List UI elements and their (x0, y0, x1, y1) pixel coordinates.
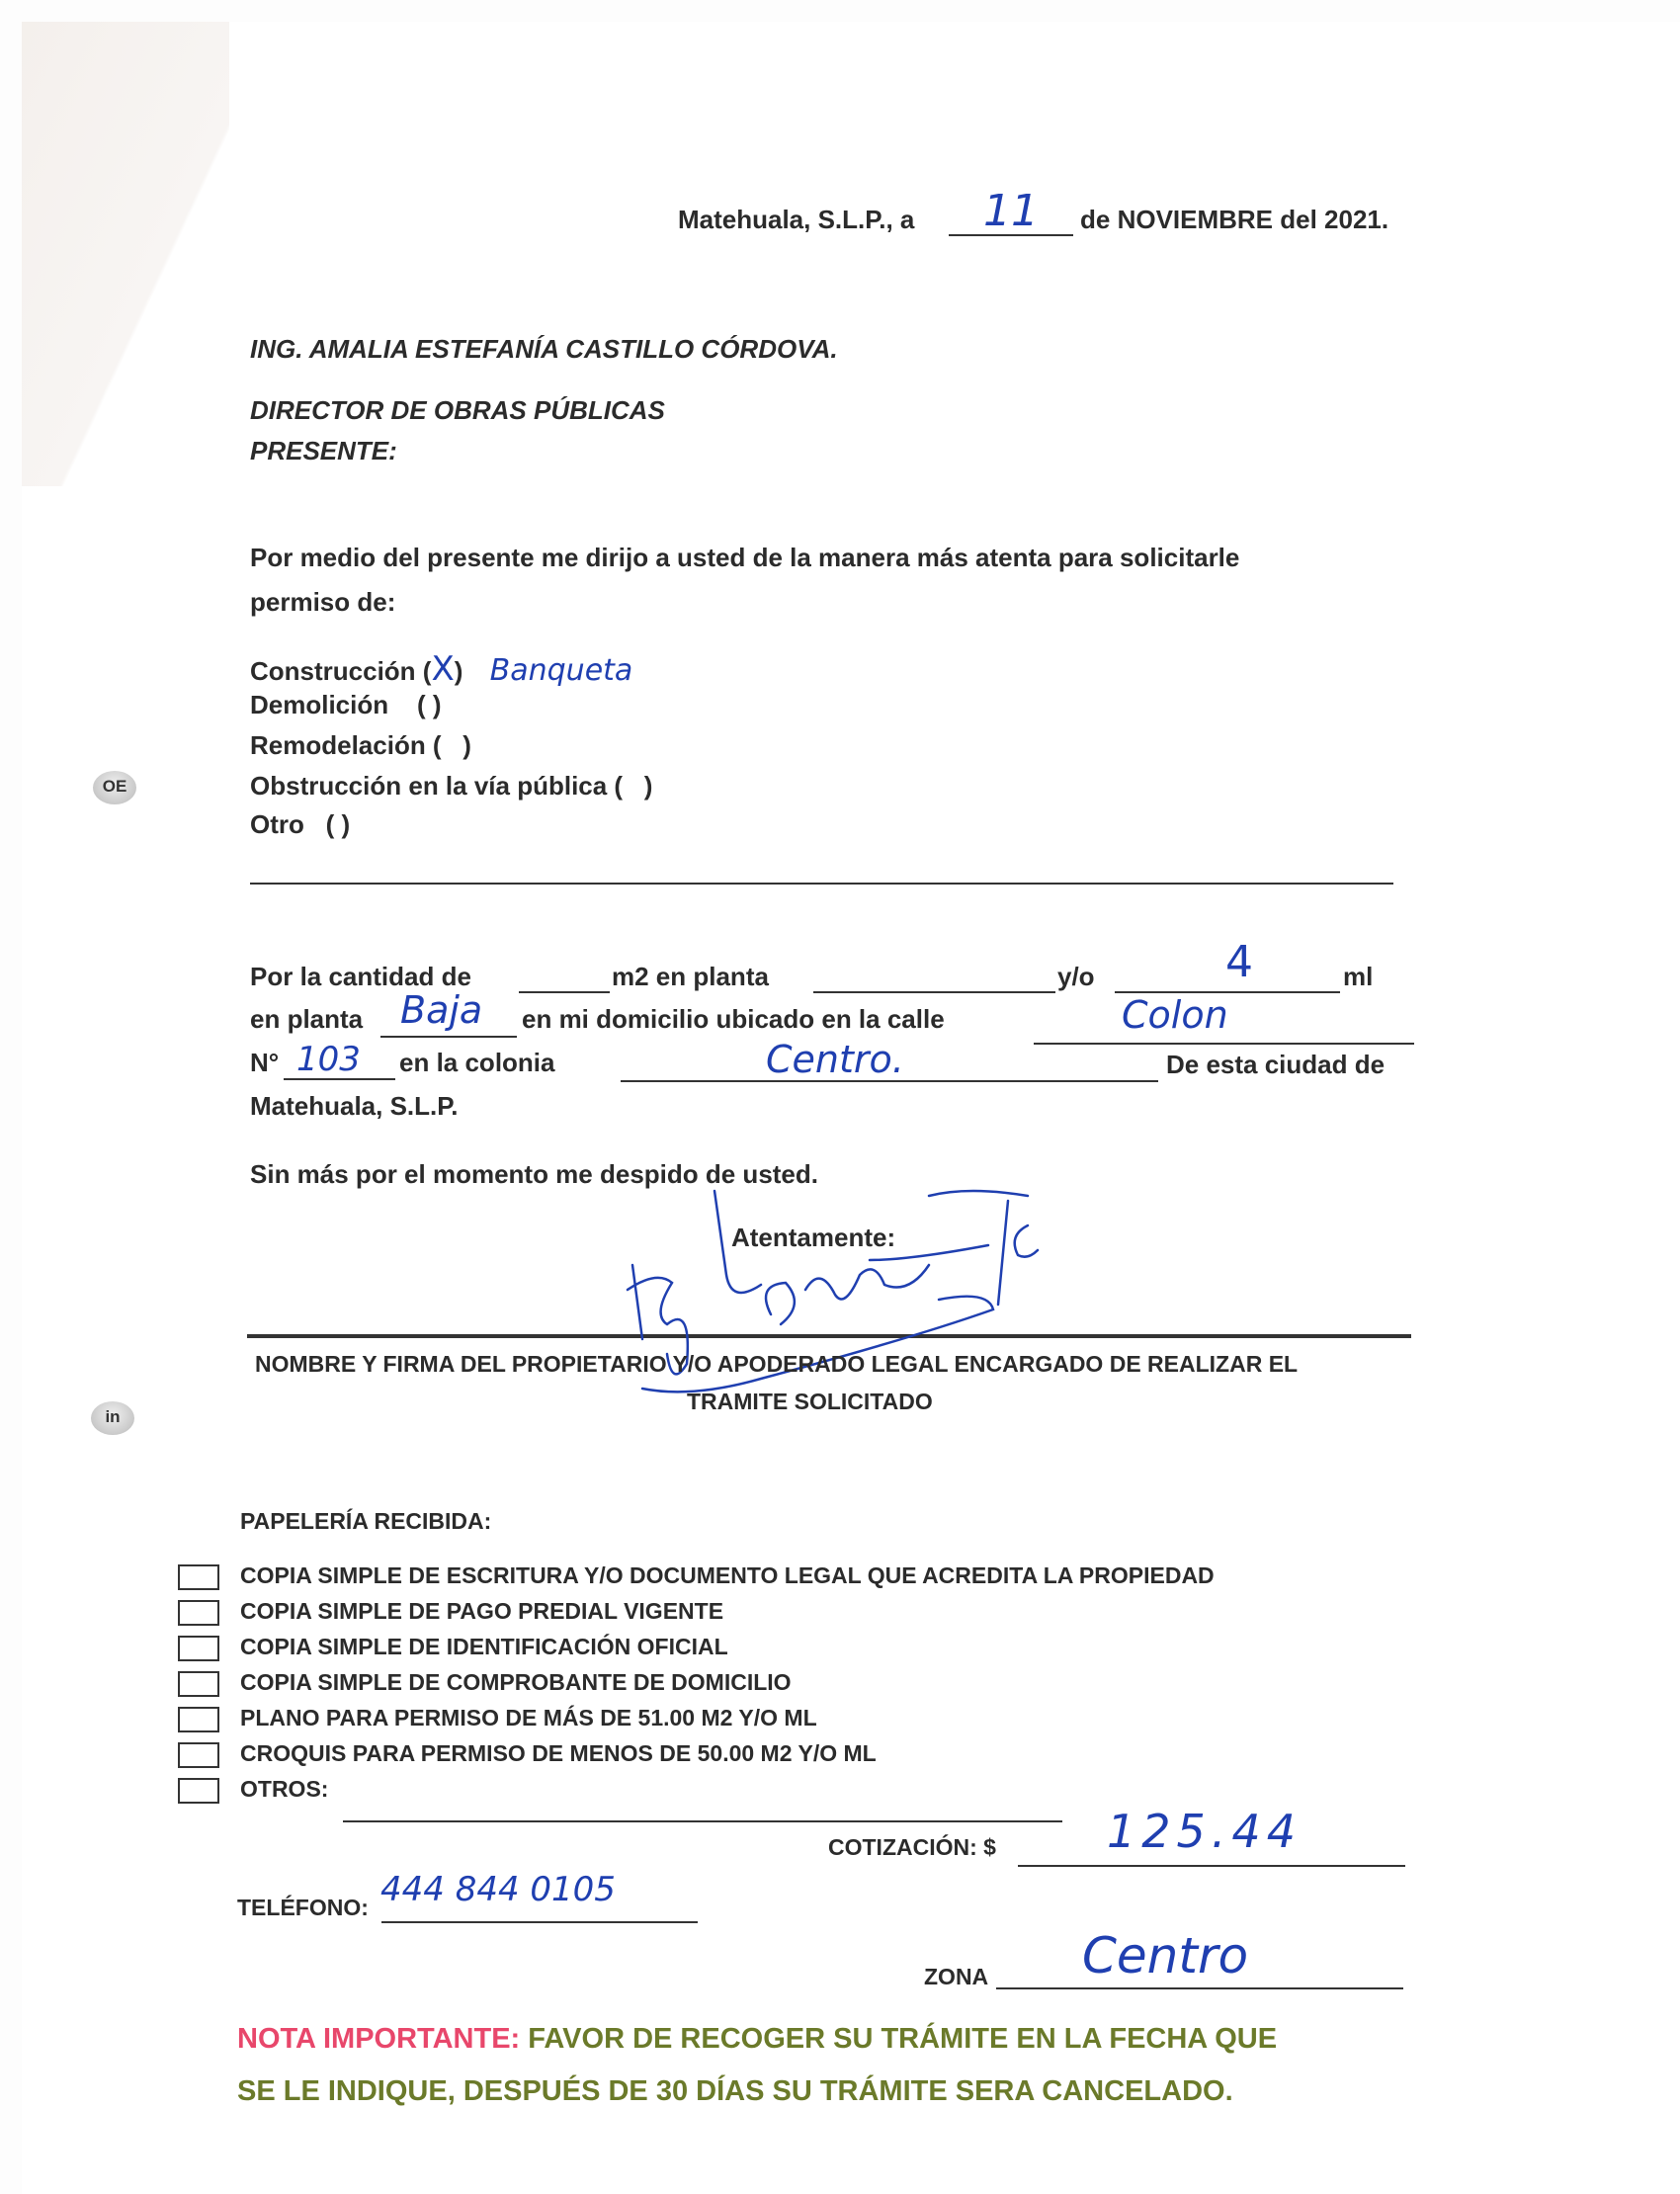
date-prefix: Matehuala, S.L.P., a (678, 205, 914, 235)
document-checkbox[interactable] (178, 1707, 219, 1732)
permit-option-obstruccion[interactable]: Obstrucción en la vía pública ( ) (250, 771, 652, 802)
yo-label: y/o (1057, 962, 1095, 992)
calle-label: en mi domicilio ubicado en la calle (522, 1004, 945, 1035)
ml-label: ml (1343, 962, 1373, 992)
day-field[interactable]: 11 (983, 186, 1039, 236)
m2-label: m2 en planta (612, 962, 769, 992)
intro-line-2: permiso de: (250, 587, 395, 618)
note-label: NOTA IMPORTANTE: (237, 2023, 520, 2055)
documents-title: PAPELERÍA RECIBIDA: (240, 1508, 491, 1535)
permit-paren: ) (462, 730, 471, 760)
page-fold-shadow (22, 22, 229, 486)
permit-paren: ) (455, 656, 463, 686)
en-planta-label: en planta (250, 1004, 363, 1035)
date-suffix: de NOVIEMBRE del 2021. (1080, 205, 1388, 235)
permit-checkmark[interactable]: X (431, 649, 454, 689)
intro-line-1: Por medio del presente me dirijo a usted… (250, 543, 1239, 573)
document-checkbox[interactable] (178, 1742, 219, 1768)
calle-field[interactable]: Colon (1122, 993, 1228, 1037)
ml-field[interactable]: 4 (1225, 937, 1253, 987)
permit-paren: ) (644, 771, 653, 801)
document-checkbox[interactable] (178, 1778, 219, 1804)
recipient-presente: PRESENTE: (250, 436, 397, 466)
document-label: COPIA SIMPLE DE ESCRITURA Y/O DOCUMENTO … (240, 1562, 1215, 1589)
permit-option-otro[interactable]: Otro ( ) (250, 809, 350, 840)
ciudad-label: De esta ciudad de (1166, 1050, 1385, 1080)
document-label: PLANO PARA PERMISO DE MÁS DE 51.00 M2 Y/… (240, 1705, 817, 1731)
document-label: COPIA SIMPLE DE COMPROBANTE DE DOMICILIO (240, 1669, 792, 1696)
signature-caption-2: TRAMITE SOLICITADO (687, 1389, 933, 1415)
en-planta-line (380, 1036, 517, 1038)
permit-paren: ( ) (326, 809, 351, 839)
permit-option-construccion[interactable]: Construcción (X) Banqueta (250, 649, 632, 689)
signature-line[interactable] (247, 1334, 1411, 1338)
permit-option-demolicion[interactable]: Demolición ( ) (250, 690, 442, 720)
atentamente-label: Atentamente: (731, 1223, 895, 1253)
zona-field[interactable]: Centro (1082, 1927, 1248, 1984)
otro-description-line[interactable] (250, 883, 1393, 885)
colonia-label: en la colonia (399, 1048, 555, 1078)
m2-field[interactable] (519, 991, 610, 993)
punch-hole-icon: in (91, 1401, 134, 1435)
document-checkbox[interactable] (178, 1671, 219, 1697)
permit-label: Obstrucción en la vía pública ( (250, 771, 623, 801)
permit-label: Demolición (250, 690, 388, 719)
telefono-line (381, 1921, 698, 1923)
zona-line (996, 1987, 1403, 1989)
document-checkbox[interactable] (178, 1636, 219, 1661)
numero-field[interactable]: 103 (296, 1040, 361, 1079)
document-label: OTROS: (240, 1776, 328, 1803)
document-label: COPIA SIMPLE DE IDENTIFICACIÓN OFICIAL (240, 1634, 728, 1660)
permit-paren: ( ) (417, 690, 442, 719)
permit-note[interactable]: Banqueta (490, 653, 633, 688)
telefono-label: TELÉFONO: (237, 1895, 369, 1921)
calle-line (1034, 1043, 1414, 1045)
punch-hole-label: in (105, 1407, 120, 1426)
permit-label: Otro (250, 809, 304, 839)
note-text-1: FAVOR DE RECOGER SU TRÁMITE EN LA FECHA … (528, 2023, 1277, 2055)
permit-option-remodelacion[interactable]: Remodelación ( ) (250, 730, 471, 761)
signature-caption-1: NOMBRE Y FIRMA DEL PROPIETARIO Y/O APODE… (255, 1351, 1298, 1378)
planta-field[interactable] (813, 991, 1055, 993)
permit-label: Construcción ( (250, 656, 431, 686)
permit-label: Remodelación ( (250, 730, 442, 760)
recipient-title: DIRECTOR DE OBRAS PÚBLICAS (250, 395, 665, 426)
cotizacion-field[interactable]: 125.44 (1107, 1805, 1302, 1858)
cotizacion-line (1018, 1865, 1405, 1867)
document-label: COPIA SIMPLE DE PAGO PREDIAL VIGENTE (240, 1598, 723, 1625)
numero-label: N° (250, 1048, 279, 1078)
ciudad-line-2: Matehuala, S.L.P. (250, 1091, 458, 1122)
punch-hole-label: OE (103, 777, 127, 796)
zona-label: ZONA (924, 1964, 988, 1990)
important-note-line-2: SE LE INDIQUE, DESPUÉS DE 30 DÍAS SU TRÁ… (237, 2075, 1233, 2108)
important-note-line-1: NOTA IMPORTANTE: FAVOR DE RECOGER SU TRÁ… (237, 2023, 1277, 2056)
otros-field[interactable] (343, 1820, 1062, 1822)
cotizacion-label: COTIZACIÓN: $ (828, 1834, 996, 1861)
document-checkbox[interactable] (178, 1600, 219, 1626)
recipient-name: ING. AMALIA ESTEFANÍA CASTILLO CÓRDOVA. (250, 334, 838, 365)
punch-hole-icon: OE (93, 771, 136, 804)
document-label: CROQUIS PARA PERMISO DE MENOS DE 50.00 M… (240, 1740, 877, 1767)
farewell-text: Sin más por el momento me despido de ust… (250, 1159, 818, 1190)
en-planta-field[interactable]: Baja (400, 988, 482, 1032)
document-checkbox[interactable] (178, 1564, 219, 1590)
telefono-field[interactable]: 444 844 0105 (380, 1870, 616, 1909)
colonia-field[interactable]: Centro. (766, 1038, 904, 1081)
